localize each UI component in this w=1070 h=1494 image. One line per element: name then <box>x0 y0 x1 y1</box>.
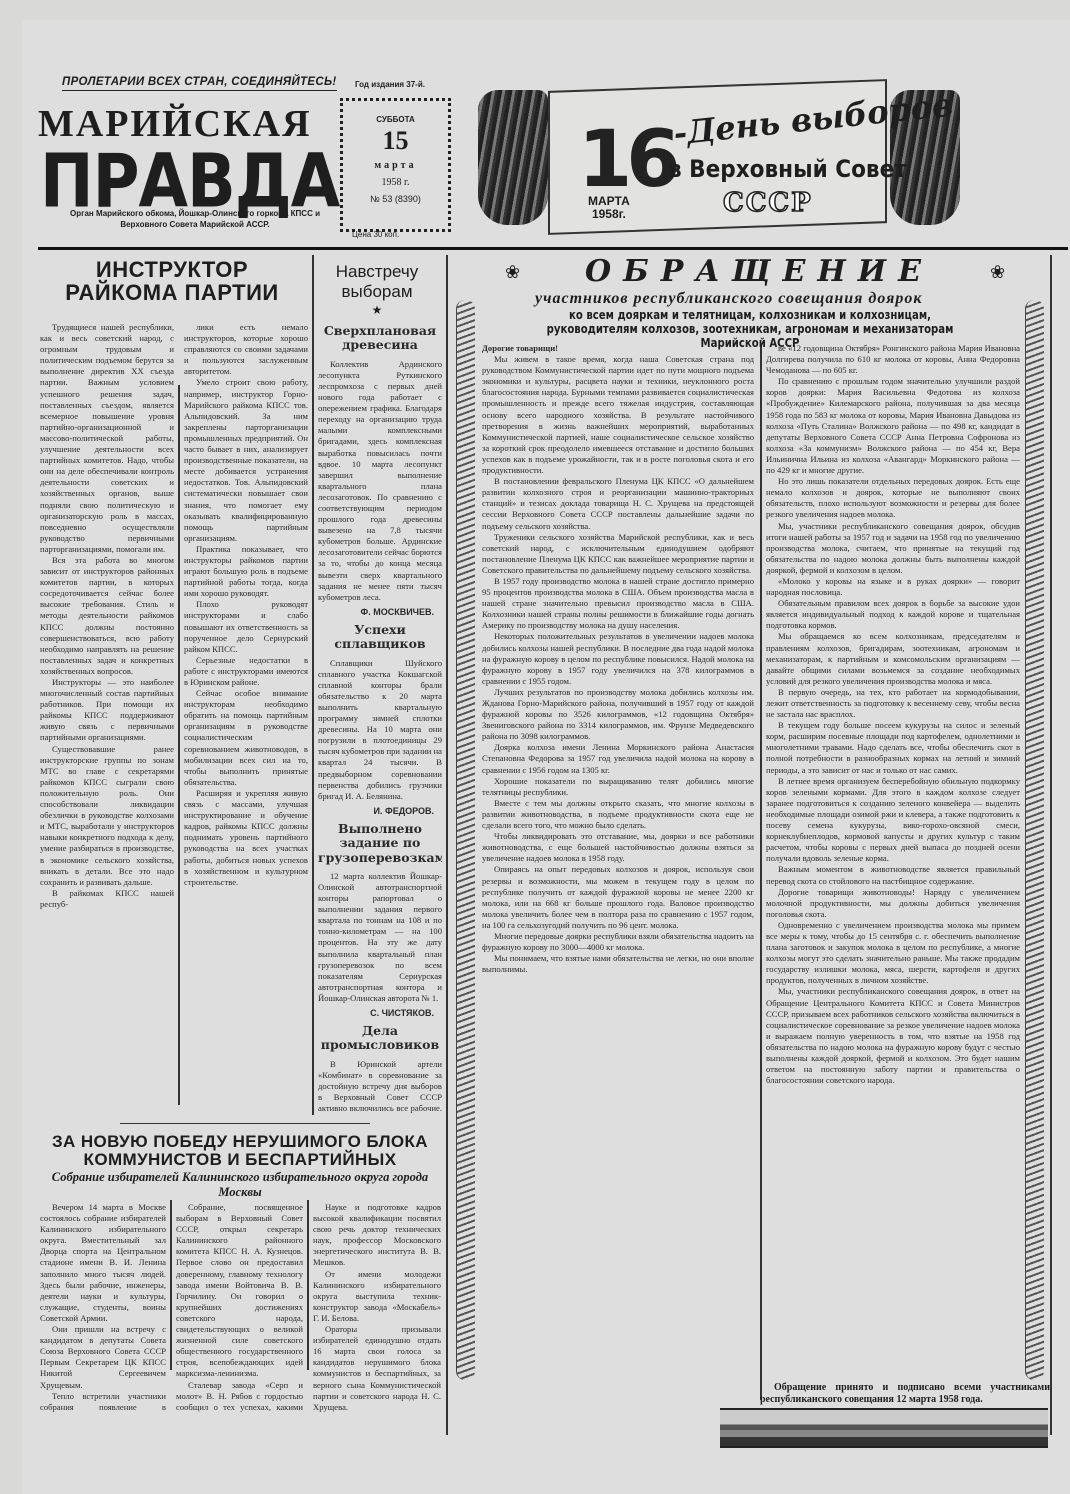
column-divider <box>178 385 180 1105</box>
subheadline-bloc: Собрание избирателей Калининского избира… <box>40 1170 440 1200</box>
news-item-text: В Юринской артели «Комбинат» в соревнова… <box>318 1059 442 1115</box>
flower-ornament-right-icon: ❀ <box>990 262 1005 283</box>
banner-line2: в Верховный Совет <box>668 155 907 183</box>
paragraph: В райкомах КПСС нашей респуб- <box>40 888 174 910</box>
appeal-closing: Обращение принято и подписано всеми учас… <box>760 1382 1050 1406</box>
banner-date: МАРТА 1958г. <box>588 195 630 221</box>
banner-line3: СССР <box>723 188 813 218</box>
paragraph: Серьезные недостатки в работе с инструкт… <box>184 655 308 688</box>
paragraph: Расширяя и укрепляя живую связь с массам… <box>184 788 308 888</box>
paragraph: Тепло встретили участники собрания появл… <box>40 1391 166 1412</box>
ornamental-divider <box>120 1123 370 1125</box>
paragraph: Трудящиеся нашей республики, как и весь … <box>40 322 174 555</box>
paragraph: Опираясь на опыт передовых колхозов и до… <box>482 864 754 931</box>
elections-column: Сверхплановая древесинаКоллектив Ардинск… <box>318 320 442 1115</box>
appeal-col2: ве «12 годовщина Октября» Ронгинского ра… <box>766 343 1020 1378</box>
paragraph: Практика показывает, что инструкторы рай… <box>184 544 308 599</box>
paragraph: От имени молодежи Калининского избирател… <box>313 1269 441 1324</box>
news-item-title: Дела промысловиков <box>318 1024 442 1053</box>
paragraph: Ораторы призывали избирателей единодушно… <box>313 1324 441 1412</box>
issue-number: № 53 (8390) <box>343 194 448 204</box>
paragraph: лики есть немало инструкторов, которые х… <box>184 322 308 377</box>
column-divider <box>170 1200 172 1370</box>
paragraph: Сейчас особое внимание инструкторам необ… <box>184 688 308 788</box>
headline-instructor: ИНСТРУКТОР РАЙКОМА ПАРТИИ <box>38 258 306 304</box>
news-item-text: Коллектив Ардинского лесопункта Руткинск… <box>318 359 442 603</box>
paragraph: «Молоко у коровы на языке и в руках дояр… <box>766 576 1020 598</box>
flower-ornament-left-icon: ❀ <box>505 262 520 283</box>
star-icon: ★ <box>320 303 434 317</box>
weekday: СУББОТА <box>343 115 448 124</box>
paragraph: Мы живем в такое время, когда наша Совет… <box>482 354 754 476</box>
appeal-title: ОБРАЩЕНИЕ <box>585 254 933 289</box>
paragraph: Некоторых положительных результатов в ув… <box>482 631 754 686</box>
news-item-author: С. ЧИСТЯКОВ. <box>318 1008 434 1018</box>
paragraph: По сравнению с прошлым годом значительно… <box>766 376 1020 476</box>
farm-illustration <box>720 1408 1048 1448</box>
paragraph: Вся эта работа во многом зависит от инст… <box>40 555 174 677</box>
masthead-organ: Орган Марийского обкома, Йошкар-Олинског… <box>60 208 330 230</box>
paragraph: Вечером 14 марта в Москве состоялось соб… <box>40 1202 166 1324</box>
paragraph: Существовавшие ранее инструкторские груп… <box>40 744 174 888</box>
paragraph: Мы, участники республиканского совещания… <box>766 521 1020 576</box>
wheat-border-left-icon <box>456 300 475 1380</box>
paragraph: Лучших результатов по производству молок… <box>482 687 754 742</box>
paragraph: Они пришли на встречу с кандидатом в деп… <box>40 1324 166 1391</box>
news-item-text: Сплавщики Шуйского сплавного участка Кок… <box>318 658 442 802</box>
paragraph: Хорошие показатели по выращиванию телят … <box>482 776 754 798</box>
paragraph: В текущем году больше посеем кукурузы на… <box>766 720 1020 775</box>
appeal-subtitle: участников республиканского совещания до… <box>535 290 922 308</box>
paragraph: В постановлении февральского Пленума ЦК … <box>482 476 754 531</box>
paragraph: Вместе с тем мы должны открыто сказать, … <box>482 798 754 831</box>
paragraph: В первую очередь, на тех, кто работает н… <box>766 687 1020 720</box>
paragraph: Плохо руководят инструкторами и слабо по… <box>184 599 308 654</box>
news-item-text: 12 марта коллектив Йошкар-Олинской автот… <box>318 871 442 1004</box>
news-item-title: Сверхплановая древесина <box>318 324 442 353</box>
bloc-col1: Вечером 14 марта в Москве состоялось соб… <box>40 1202 166 1412</box>
masthead-motto: ПРОЛЕТАРИИ ВСЕХ СТРАН, СОЕДИНЯЙТЕСЬ! <box>62 76 337 91</box>
paragraph: Важным моментом в животноводстве являетс… <box>766 864 1020 886</box>
date-box: СУББОТА 15 марта 1958 г. № 53 (8390) <box>340 98 451 232</box>
elections-header-text: Навстречу выборам <box>320 262 434 303</box>
year: 1958 г. <box>343 177 448 188</box>
paragraph: Собрание, посвященное выборам в Верховны… <box>176 1202 303 1380</box>
paragraph: Умело строит свою работу, например, инст… <box>184 377 308 543</box>
bloc-col3: Науке и подготовке кадров высокой квалиф… <box>313 1202 441 1412</box>
masthead-rule <box>38 247 1068 250</box>
instructor-col1: Трудящиеся нашей республики, как и весь … <box>40 322 174 1117</box>
paragraph: Труженики сельского хозяйства Марийской … <box>482 532 754 576</box>
month: марта <box>343 160 448 171</box>
news-item-title: Выполнено задание по грузоперевозкам <box>318 822 442 865</box>
year-of-issue: Год издания 37-й. <box>355 80 425 89</box>
paragraph: Мы, участники республиканского совещания… <box>766 986 1020 1086</box>
headline-bloc: ЗА НОВУЮ ПОБЕДУ НЕРУШИМОГО БЛОКА КОММУНИ… <box>40 1133 440 1169</box>
paragraph: Обязательным правилом всех доярок в борь… <box>766 598 1020 631</box>
paragraph: В летнее время организуем бесперебойную … <box>766 776 1020 865</box>
column-divider <box>1050 255 1052 1435</box>
paragraph: Инструкторы — это наиболее многочисленны… <box>40 677 174 744</box>
paragraph: Мы обращаемся ко всем колхозникам, предс… <box>766 631 1020 686</box>
paragraph: Мы понимаем, что взятые нами обязательст… <box>482 953 754 975</box>
appeal-col1: Дорогие товарищи! Мы живем в такое время… <box>482 343 754 1403</box>
news-item-author: Ф. МОСКВИЧЕВ. <box>318 607 434 617</box>
appeal-greeting: Дорогие товарищи! <box>482 343 754 354</box>
paragraph: Сталевар завода «Серп и молот» В. Н. Ряб… <box>176 1380 303 1413</box>
wheat-border-right-icon <box>1025 300 1044 1380</box>
elections-header: Навстречу выборам ★ <box>320 262 434 317</box>
instructor-col2: лики есть немало инструкторов, которые х… <box>184 322 308 1117</box>
banner-day: 16 <box>578 115 675 205</box>
news-item-title: Успехи сплавщиков <box>318 623 442 652</box>
bloc-col2: Собрание, посвященное выборам в Верховны… <box>176 1202 303 1412</box>
paragraph: Науке и подготовке кадров высокой квалиф… <box>313 1202 441 1269</box>
paragraph: Но это лишь показатели отдельных передов… <box>766 476 1020 520</box>
price: Цена 30 коп. <box>352 230 399 239</box>
paragraph: Многие передовые доярки республики взяли… <box>482 931 754 953</box>
paragraph: Одновременно с увеличением производства … <box>766 920 1020 987</box>
day: 15 <box>343 126 448 156</box>
column-divider <box>312 255 314 1115</box>
paragraph: Доярка колхоза имени Ленина Моркинского … <box>482 742 754 775</box>
paragraph: Чтобы ликвидировать это отставание, мы, … <box>482 831 754 864</box>
column-divider <box>760 345 762 1400</box>
banner-year: 1958г. <box>588 208 630 221</box>
news-item-author: И. ФЕДОРОВ. <box>318 806 434 816</box>
paragraph: Дорогие товарищи животноводы! Наряду с у… <box>766 887 1020 920</box>
election-banner: 16 -День выборов в Верховный Совет СССР … <box>478 80 963 240</box>
flags-left-icon <box>478 90 548 225</box>
column-divider <box>307 1200 309 1370</box>
paragraph: В 1957 году производство молока в нашей … <box>482 576 754 631</box>
column-divider <box>446 255 448 1435</box>
paragraph: ве «12 годовщина Октября» Ронгинского ра… <box>766 343 1020 376</box>
